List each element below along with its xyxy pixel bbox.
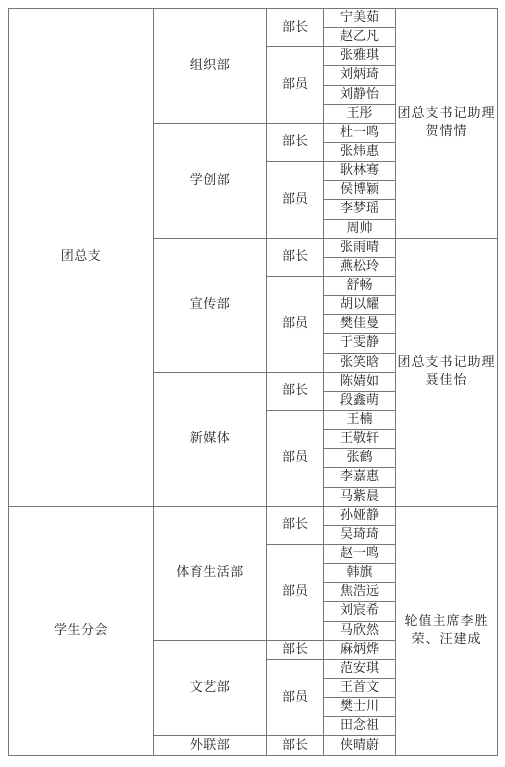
member-cell: 张雅琪 [324, 47, 396, 66]
role-cell: 部长 [267, 9, 324, 47]
member-cell: 樊佳曼 [324, 315, 396, 334]
member-cell: 李嘉惠 [324, 468, 396, 487]
member-cell: 胡以耀 [324, 296, 396, 315]
org-cell: 学生分会 [9, 506, 154, 755]
member-cell: 刘静怡 [324, 85, 396, 104]
role-cell: 部员 [267, 544, 324, 640]
member-cell: 段鑫萌 [324, 391, 396, 410]
member-cell: 于雯静 [324, 334, 396, 353]
member-cell: 田念祖 [324, 717, 396, 736]
member-cell: 赵乙凡 [324, 28, 396, 47]
role-cell: 部长 [267, 238, 324, 276]
table-row: 团总支组织部部长宁美茹团总支书记助理贺情情 [9, 9, 498, 28]
role-cell: 部员 [267, 410, 324, 506]
department-cell: 学创部 [154, 123, 267, 238]
member-cell: 孙娅静 [324, 506, 396, 525]
role-cell: 部员 [267, 47, 324, 124]
role-cell: 部长 [267, 736, 324, 756]
member-cell: 耿林骞 [324, 162, 396, 181]
member-cell: 周帅 [324, 219, 396, 238]
member-cell: 焦浩远 [324, 583, 396, 602]
member-cell: 李梦瑶 [324, 200, 396, 219]
member-cell: 王楠 [324, 410, 396, 429]
member-cell: 宁美茹 [324, 9, 396, 28]
department-cell: 文艺部 [154, 640, 267, 736]
note-cell: 轮值主席李胜荣、汪建成 [396, 506, 498, 755]
member-cell: 侠晴蔚 [324, 736, 396, 756]
member-cell: 舒畅 [324, 276, 396, 295]
member-cell: 韩旗 [324, 564, 396, 583]
role-cell: 部长 [267, 640, 324, 659]
department-cell: 外联部 [154, 736, 267, 756]
member-cell: 张雨晴 [324, 238, 396, 257]
role-cell: 部长 [267, 372, 324, 410]
document-page: 团总支组织部部长宁美茹团总支书记助理贺情情赵乙凡部员张雅琪刘炳琦刘静怡王彤学创部… [0, 0, 505, 767]
member-cell: 麻炳烨 [324, 640, 396, 659]
member-cell: 杜一鸣 [324, 123, 396, 142]
org-table: 团总支组织部部长宁美茹团总支书记助理贺情情赵乙凡部员张雅琪刘炳琦刘静怡王彤学创部… [8, 8, 498, 756]
member-cell: 范安琪 [324, 659, 396, 678]
member-cell: 王敬轩 [324, 430, 396, 449]
member-cell: 刘宸希 [324, 602, 396, 621]
department-cell: 组织部 [154, 9, 267, 124]
role-cell: 部员 [267, 659, 324, 736]
member-cell: 王彤 [324, 104, 396, 123]
member-cell: 刘炳琦 [324, 66, 396, 85]
org-cell: 团总支 [9, 9, 154, 507]
note-cell: 团总支书记助理聂佳怡 [396, 238, 498, 506]
member-cell: 王首文 [324, 678, 396, 697]
role-cell: 部长 [267, 506, 324, 544]
role-cell: 部长 [267, 123, 324, 161]
member-cell: 张炜惠 [324, 142, 396, 161]
member-cell: 樊士川 [324, 698, 396, 717]
department-cell: 新媒体 [154, 372, 267, 506]
member-cell: 赵一鸣 [324, 544, 396, 563]
table-row: 学生分会体育生活部部长孙娅静轮值主席李胜荣、汪建成 [9, 506, 498, 525]
member-cell: 陈婧如 [324, 372, 396, 391]
note-cell: 团总支书记助理贺情情 [396, 9, 498, 239]
member-cell: 侯博颖 [324, 181, 396, 200]
role-cell: 部员 [267, 276, 324, 372]
department-cell: 宣传部 [154, 238, 267, 372]
member-cell: 张鹤 [324, 449, 396, 468]
org-table-body: 团总支组织部部长宁美茹团总支书记助理贺情情赵乙凡部员张雅琪刘炳琦刘静怡王彤学创部… [9, 9, 498, 756]
member-cell: 吴琦琦 [324, 525, 396, 544]
member-cell: 燕松玲 [324, 257, 396, 276]
member-cell: 马欣然 [324, 621, 396, 640]
department-cell: 体育生活部 [154, 506, 267, 640]
role-cell: 部员 [267, 162, 324, 239]
member-cell: 马紫晨 [324, 487, 396, 506]
member-cell: 张笑晗 [324, 353, 396, 372]
